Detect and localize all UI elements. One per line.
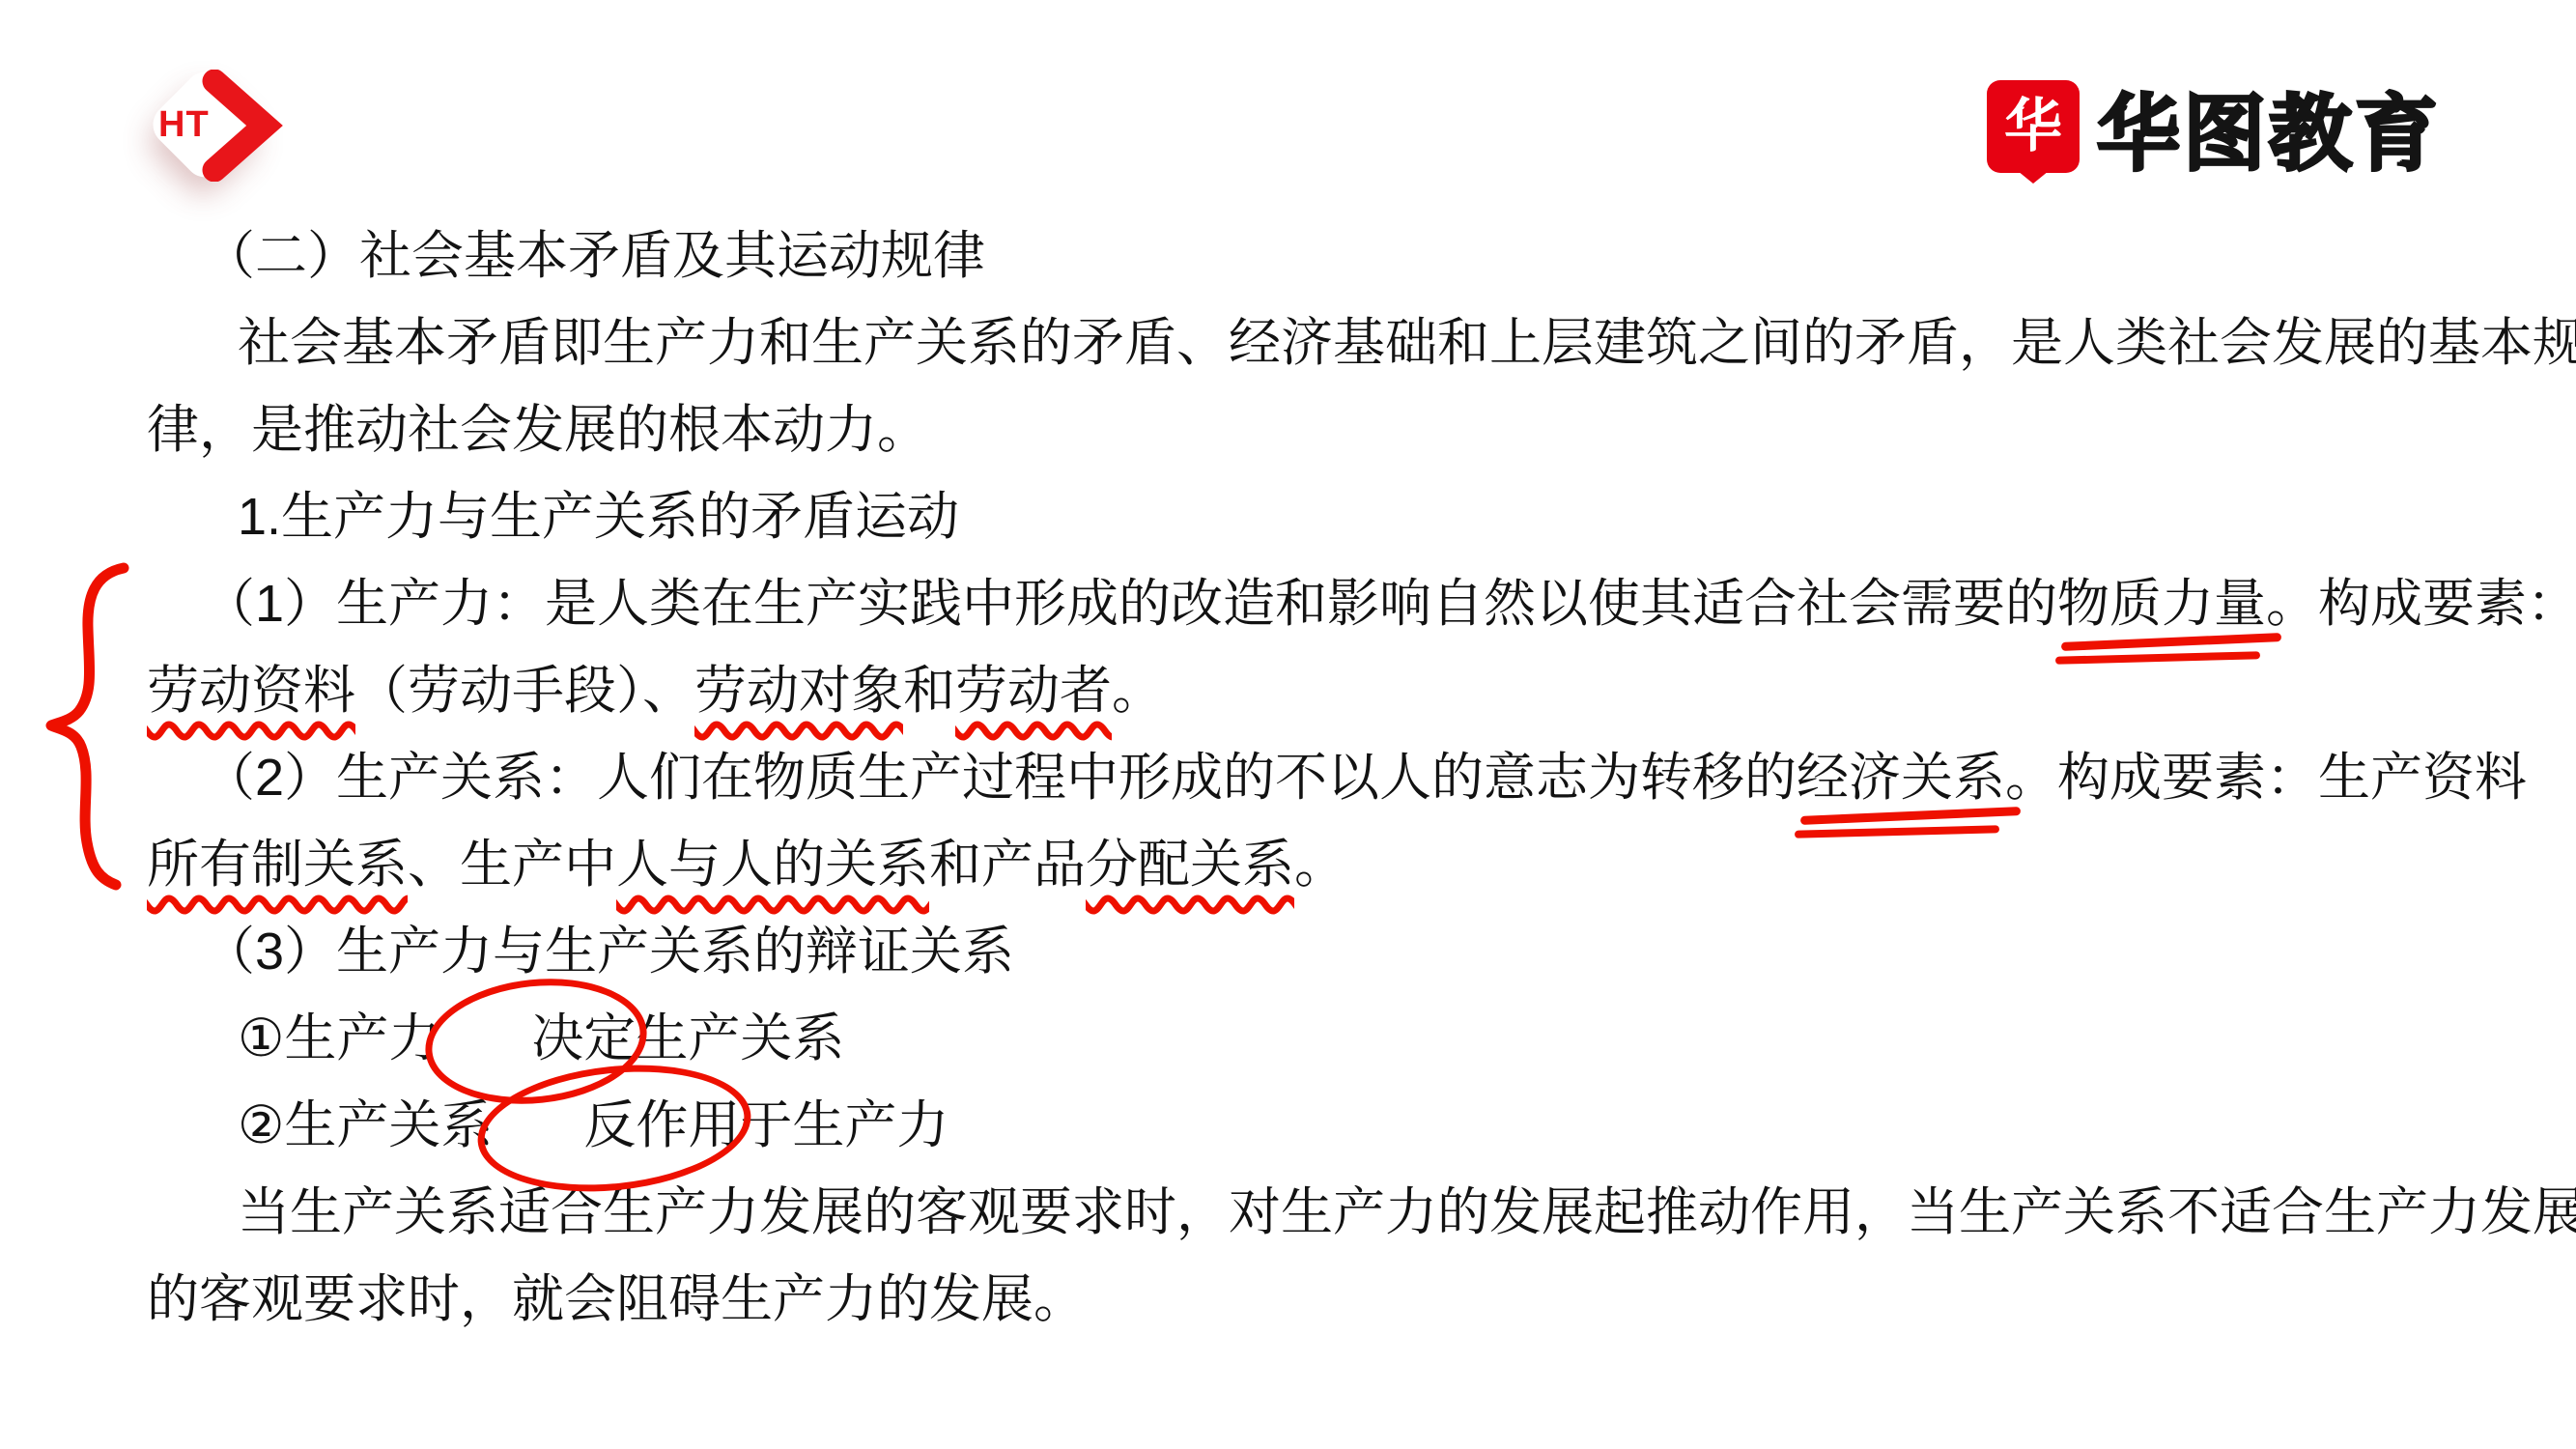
text-segment: 。构成要素： (2266, 575, 2576, 633)
text-line: ①生产力决定生产关系 (147, 995, 2484, 1082)
text-segment: 1.生产力与生产关系的矛盾运动 (238, 488, 959, 546)
text-line: 社会基本矛盾即生产力和生产关系的矛盾、经济基础和上层建筑之间的矛盾，是人类社会发… (147, 299, 2484, 386)
wavy-underlined-word: 所有制关系 (147, 836, 408, 894)
text-segment: （1）生产力：是人类在生产实践中形成的改造和影响自然以使其适合社会需要的 (203, 575, 2057, 633)
text-segment: 生产关系 (636, 1009, 844, 1067)
huatu-badge-glyph: 华 (2004, 98, 2062, 156)
slide-page: HT 华 华图教育 （二）社会基本矛盾及其运动规律 社会基本矛盾即生产力和生产关… (0, 0, 2576, 1449)
text-segment: 和 (903, 662, 955, 720)
text-line: 律，是推动社会发展的根本动力。 (147, 386, 2484, 473)
subheading-line: （3）生产力与生产关系的辩证关系 (147, 908, 2484, 995)
text-segment: （3）生产力与生产关系的辩证关系 (203, 923, 1014, 980)
double-underlined-word: 经济关系 (1797, 749, 2005, 807)
wavy-underlined-word: 劳动资料 (147, 662, 355, 720)
circled-word: 反作用 (493, 1082, 740, 1169)
text-line: 所有制关系、生产中人与人的关系和产品分配关系。 (147, 821, 2484, 908)
text-segment: 于生产力 (740, 1096, 948, 1154)
text-segment: （劳动手段）、 (355, 662, 694, 720)
text-segment: ②生产关系 (238, 1096, 493, 1154)
wavy-underlined-word: 分配关系 (1086, 836, 1294, 894)
ht-logo-text: HT (158, 104, 210, 146)
text-line: 当生产关系适合生产力发展的客观要求时，对生产力的发展起推动作用，当生产关系不适合… (147, 1169, 2484, 1256)
text-segment: 。构成要素：生产资料 (2005, 749, 2527, 807)
text-segment: （二）社会基本矛盾及其运动规律 (203, 227, 985, 285)
huatu-brand-logo: 华 华图教育 (1987, 75, 2441, 177)
text-segment: 当生产关系适合生产力发展的客观要求时，对生产力的发展起推动作用，当生产关系不适合… (238, 1183, 2576, 1241)
subheading-line: 1.生产力与生产关系的矛盾运动 (147, 473, 2484, 560)
heading-line: （二）社会基本矛盾及其运动规律 (147, 213, 2484, 299)
text-segment: ①生产力 (238, 1009, 440, 1067)
double-underlined-word: 物质力量 (2057, 575, 2266, 633)
text-line: （2）生产关系：人们在物质生产过程中形成的不以人的意志为转移的经济关系。构成要素… (147, 734, 2484, 821)
wavy-underlined-word: 人与人的关系 (616, 836, 929, 894)
brand-name: 华图教育 (2097, 67, 2441, 186)
text-segment: 律，是推动社会发展的根本动力。 (147, 401, 929, 459)
red-brace-annotation (39, 554, 147, 898)
text-segment: 、生产中 (408, 836, 616, 894)
text-segment: 和产品 (929, 836, 1086, 894)
huatu-badge-icon: 华 (1987, 80, 2080, 173)
text-segment: 社会基本矛盾即生产力和生产关系的矛盾、经济基础和上层建筑之间的矛盾，是人类社会发… (238, 314, 2576, 372)
text-line: ②生产关系反作用于生产力 (147, 1082, 2484, 1169)
wavy-underlined-word: 劳动对象 (694, 662, 903, 720)
text-line: （1）生产力：是人类在生产实践中形成的改造和影响自然以使其适合社会需要的物质力量… (147, 560, 2484, 647)
text-segment: 。 (1112, 662, 1164, 720)
text-line: 的客观要求时，就会阻碍生产力的发展。 (147, 1256, 2484, 1343)
right-chevron-icon (201, 70, 294, 182)
text-segment: （2）生产关系：人们在物质生产过程中形成的不以人的意志为转移的 (203, 749, 1797, 807)
text-segment: 的客观要求时，就会阻碍生产力的发展。 (147, 1270, 1086, 1328)
ht-logo: HT (137, 68, 321, 203)
document-body: （二）社会基本矛盾及其运动规律 社会基本矛盾即生产力和生产关系的矛盾、经济基础和… (147, 213, 2484, 1343)
text-segment: 。 (1294, 836, 1346, 894)
wavy-underlined-word: 劳动者 (955, 662, 1112, 720)
